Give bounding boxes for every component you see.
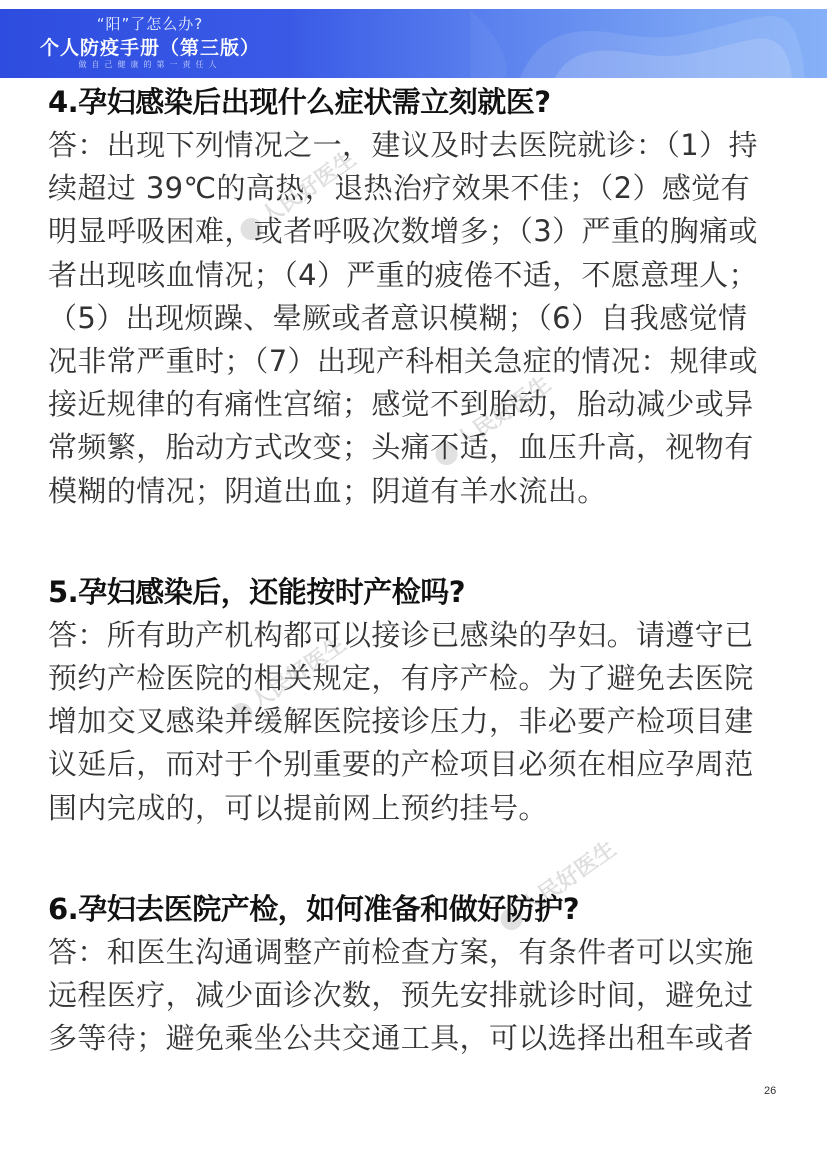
answer-line: 况非常严重时；（7）出现产科相关急症的情况：规律或 — [48, 340, 784, 383]
banner-title-line1: “阳”了怎么办? — [0, 13, 300, 34]
answer-line: 答：所有助产机构都可以接诊已感染的孕妇。请遵守已 — [48, 614, 784, 657]
answer-line: 者出现咳血情况；（4）严重的疲倦不适，不愿意理人； — [48, 254, 784, 297]
answer-line: 模糊的情况；阴道出血；阴道有羊水流出。 — [48, 470, 784, 513]
section-title: 4.孕妇感染后出现什么症状需立刻就医? — [48, 80, 784, 124]
answer-line: 明显呼吸困难，或者呼吸次数增多；（3）严重的胸痛或 — [48, 210, 784, 253]
section-q6: 6.孕妇去医院产检，如何准备和做好防护? 答：和医生沟通调整产前检查方案，有条件… — [48, 887, 784, 1061]
section-title: 6.孕妇去医院产检，如何准备和做好防护? — [48, 887, 784, 931]
section-spacer — [48, 830, 784, 887]
answer-line: 预约产检医院的相关规定，有序产检。为了避免去医院 — [48, 657, 784, 700]
answer-line: 答：和医生沟通调整产前检查方案，有条件者可以实施 — [48, 931, 784, 974]
section-answer: 答：和医生沟通调整产前检查方案，有条件者可以实施 远程医疗，减少面诊次数，预先安… — [48, 931, 784, 1061]
section-answer: 答：出现下列情况之一，建议及时去医院就诊：（1）持 续超过 39℃的高热，退热治… — [48, 124, 784, 513]
answer-line: 围内完成的，可以提前网上预约挂号。 — [48, 787, 784, 830]
document-content: 4.孕妇感染后出现什么症状需立刻就医? 答：出现下列情况之一，建议及时去医院就诊… — [48, 80, 784, 1060]
section-title: 5.孕妇感染后，还能按时产检吗? — [48, 570, 784, 614]
answer-line: 答：出现下列情况之一，建议及时去医院就诊：（1）持 — [48, 124, 784, 167]
answer-line: （5）出现烦躁、晕厥或者意识模糊；（6）自我感觉情 — [48, 297, 784, 340]
answer-line: 增加交叉感染并缓解医院接诊压力，非必要产检项目建 — [48, 700, 784, 743]
answer-line: 远程医疗，减少面诊次数，预先安排就诊时间，避免过 — [48, 974, 784, 1017]
header-banner: “阳”了怎么办? 个人防疫手册（第三版） 做自己健康的第一责任人 — [0, 9, 827, 78]
section-answer: 答：所有助产机构都可以接诊已感染的孕妇。请遵守已 预约产检医院的相关规定，有序产… — [48, 614, 784, 830]
answer-line: 议延后，而对于个别重要的产检项目必须在相应孕周范 — [48, 743, 784, 786]
banner-title-line2: 个人防疫手册（第三版） — [0, 33, 300, 60]
answer-line: 常频繁，胎动方式改变；头痛不适，血压升高，视物有 — [48, 426, 784, 469]
banner-slogan: 做自己健康的第一责任人 — [0, 59, 300, 70]
answer-line: 接近规律的有痛性宫缩；感觉不到胎动，胎动减少或异 — [48, 383, 784, 426]
section-spacer — [48, 513, 784, 570]
answer-line: 多等待；避免乘坐公共交通工具，可以选择出租车或者 — [48, 1017, 784, 1060]
page-number: 26 — [764, 1085, 776, 1097]
section-q4: 4.孕妇感染后出现什么症状需立刻就医? 答：出现下列情况之一，建议及时去医院就诊… — [48, 80, 784, 513]
answer-line: 续超过 39℃的高热，退热治疗效果不佳；（2）感觉有 — [48, 167, 784, 210]
section-q5: 5.孕妇感染后，还能按时产检吗? 答：所有助产机构都可以接诊已感染的孕妇。请遵守… — [48, 570, 784, 830]
